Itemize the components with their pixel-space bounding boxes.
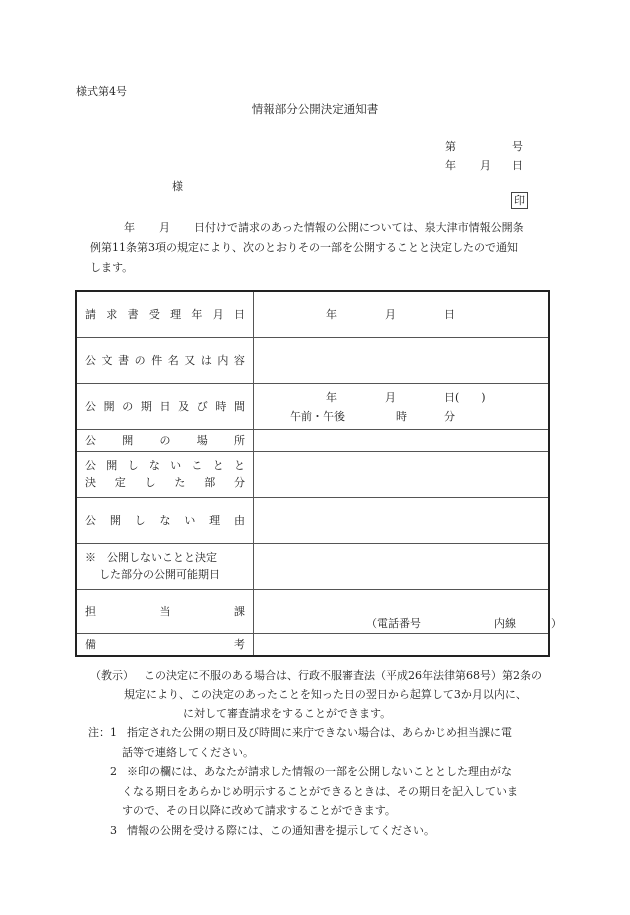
value-disclosable-date[interactable]	[254, 543, 550, 589]
table-row-disclosable-date: ※ 公開しないことと決定 した部分の公開可能期日	[76, 543, 549, 589]
value-undisclosed-part[interactable]	[254, 451, 550, 497]
label-department: 担当課	[76, 589, 254, 633]
table-row-nondisclosure-reason: 公開しない理由	[76, 497, 549, 543]
extension-label: 内線	[494, 615, 516, 631]
phone-label: （電話番号	[366, 615, 421, 631]
table-row-department: 担当課 （電話番号 内線 ）	[76, 589, 549, 633]
value-disclosure-datetime[interactable]: 年 月 日( ) 午前・午後 時 分	[254, 383, 550, 429]
issue-date-month: 月	[480, 157, 491, 173]
form-number: 様式第4号	[76, 83, 127, 99]
doc-number-suffix: 号	[512, 138, 523, 154]
label-receipt-date: 請求書受理年月日	[76, 291, 254, 337]
table-row-disclosure-place: 公開の場所	[76, 429, 549, 451]
notes-prefix: 注：1	[88, 726, 117, 739]
label-disclosable-date: ※ 公開しないことと決定 した部分の公開可能期日	[76, 543, 254, 589]
label-nondisclosure-reason: 公開しない理由	[76, 497, 254, 543]
label-disclosure-place: 公開の場所	[76, 429, 254, 451]
body-line3: します。	[90, 258, 560, 278]
label-document-subject: 公文書の件名又は内容	[76, 337, 254, 383]
body-line2: 例第11条第3項の規定により、次のとおりその一部を公開することと決定したので通知	[90, 238, 560, 258]
issue-date-year: 年	[445, 157, 456, 173]
addressee-suffix: 様	[172, 178, 183, 194]
value-disclosure-place[interactable]	[254, 429, 550, 451]
seal-stamp-icon: 印	[511, 192, 528, 209]
value-department[interactable]: （電話番号 内線 ）	[254, 589, 550, 633]
document-title: 情報部分公開決定通知書	[0, 101, 630, 117]
notes: 注：1指定された公開の期日及び時間に来庁できない場合は、あらかじめ担当課に電 話…	[88, 723, 558, 840]
label-remarks: 備考	[76, 633, 254, 656]
doc-number-prefix: 第	[445, 138, 456, 154]
label-undisclosed-part: 公開しないことと 決定した部分	[76, 451, 254, 497]
value-nondisclosure-reason[interactable]	[254, 497, 550, 543]
body-line1: 日付けで請求のあった情報の公開については、泉大津市情報公開条	[194, 221, 524, 234]
body-month: 月	[159, 221, 170, 234]
value-document-subject[interactable]	[254, 337, 550, 383]
table-row-receipt-date: 請求書受理年月日 年 月 日	[76, 291, 549, 337]
issue-date-day: 日	[512, 157, 523, 173]
value-receipt-date[interactable]: 年 月 日	[254, 291, 550, 337]
appeal-instruction: （教示）この決定に不服のある場合は、行政不服審査法（平成26年法律第68号）第2…	[90, 666, 560, 723]
label-disclosure-datetime: 公開の期日及び時間	[76, 383, 254, 429]
table-row-undisclosed-part: 公開しないことと 決定した部分	[76, 451, 549, 497]
instruction-prefix: （教示）	[90, 669, 134, 682]
body-year: 年	[124, 221, 135, 234]
table-row-disclosure-datetime: 公開の期日及び時間 年 月 日( ) 午前・午後 時 分	[76, 383, 549, 429]
table-row-remarks: 備考	[76, 633, 549, 656]
table-row-document-subject: 公文書の件名又は内容	[76, 337, 549, 383]
value-remarks[interactable]	[254, 633, 550, 656]
decision-table: 請求書受理年月日 年 月 日 公文書の件名又は内容 公開の期日及び時間 年	[75, 290, 550, 657]
notice-body: 年月日付けで請求のあった情報の公開については、泉大津市情報公開条 例第11条第3…	[90, 218, 560, 278]
